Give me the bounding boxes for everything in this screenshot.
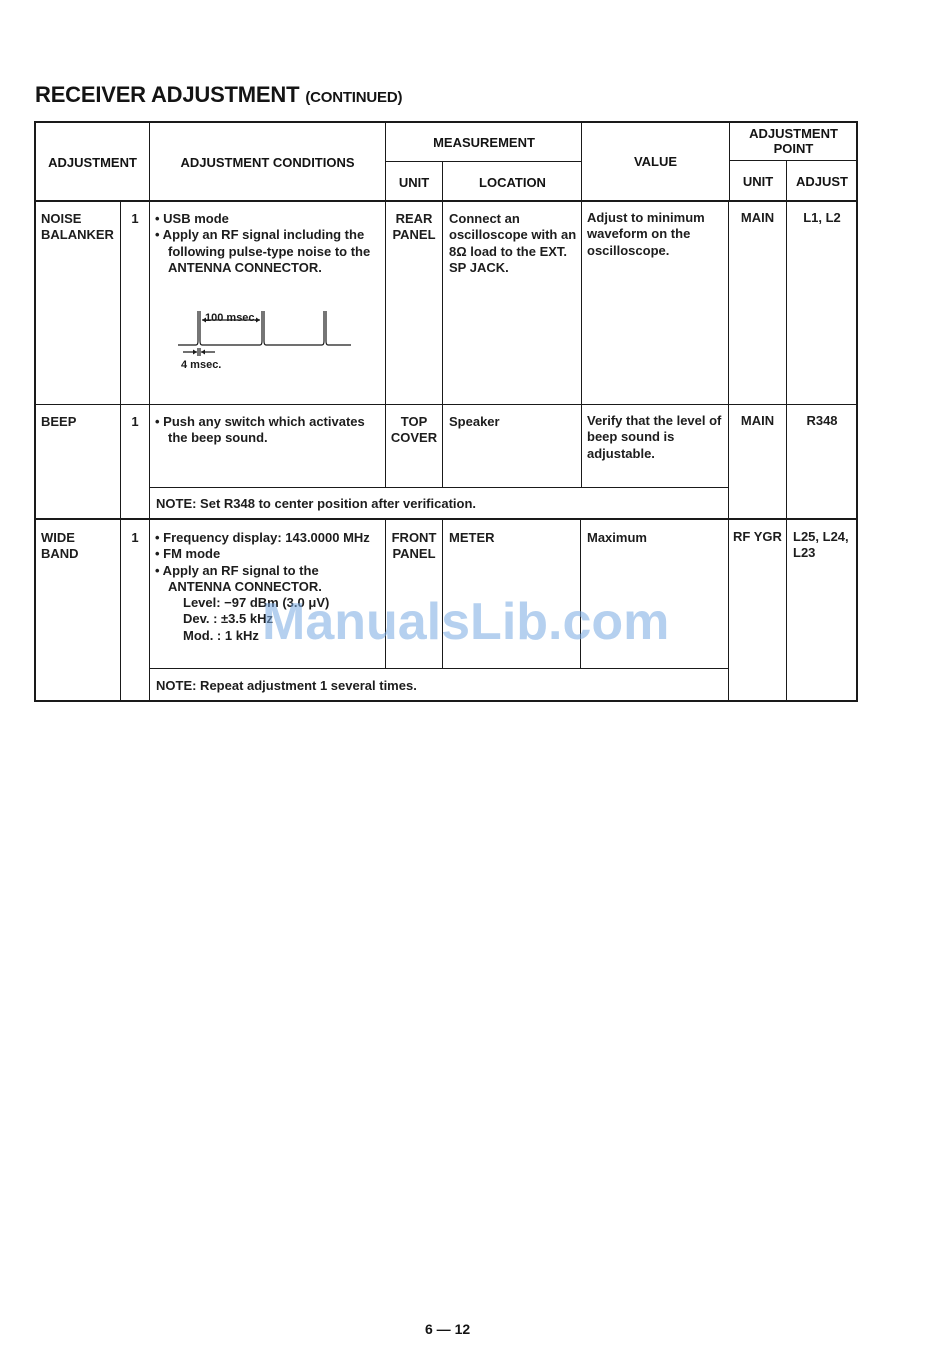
row-wide-band-conditions: • Frequency display: 143.0000 MHz • FM m…	[155, 530, 384, 644]
meas-unit-line1: TOP	[386, 414, 442, 430]
meas-unit-line2: PANEL	[386, 546, 442, 562]
divider	[786, 201, 787, 701]
row-wide-band-meas-unit: FRONT PANEL	[386, 530, 442, 563]
page-number: 6 — 12	[425, 1321, 470, 1337]
meas-unit-line1: FRONT	[386, 530, 442, 546]
row-beep-note: NOTE: Set R348 to center position after …	[156, 496, 726, 512]
name-line2: BALANKER	[41, 227, 119, 243]
divider	[385, 161, 582, 162]
row-wide-band-note: NOTE: Repeat adjustment 1 several times.	[156, 678, 726, 694]
row-beep-adj-unit: MAIN	[729, 413, 786, 429]
header-value: VALUE	[582, 154, 729, 169]
row-beep-step: 1	[121, 414, 149, 430]
divider	[149, 668, 729, 669]
title-suffix: (CONTINUED)	[305, 89, 402, 106]
header-adjustment-point-line2: POINT	[730, 141, 857, 156]
divider	[149, 201, 150, 701]
header-adjust: ADJUST	[787, 174, 857, 189]
divider	[34, 518, 858, 520]
row-beep-adjust: R348	[787, 413, 857, 429]
row-beep-conditions: • Push any switch which activates the be…	[155, 414, 383, 447]
row-noise-blanker-conditions: • USB mode • Apply an RF signal includin…	[155, 211, 383, 276]
row-wide-band-value: Maximum	[587, 530, 723, 546]
row-beep-meas-unit: TOP COVER	[386, 414, 442, 447]
interval-label: 100 msec.	[205, 312, 258, 324]
name-line1: NOISE	[41, 211, 119, 227]
divider	[581, 201, 582, 487]
row-noise-blanker-name: NOISE BALANKER	[41, 211, 119, 244]
pulse-noise-diagram: 100 msec. 4 msec.	[178, 305, 358, 375]
condition-item: • Apply an RF signal to the ANTENNA CONN…	[155, 563, 384, 596]
row-beep-location: Speaker	[449, 414, 577, 430]
row-noise-blanker-value: Adjust to minimum waveform on the oscill…	[587, 210, 725, 259]
divider	[442, 519, 443, 669]
row-wide-band-name: WIDE BAND	[41, 530, 119, 563]
row-noise-blanker-location: Connect an oscilloscope with an 8Ω load …	[449, 211, 577, 276]
header-meas-unit: UNIT	[386, 175, 442, 190]
table-border-top	[34, 121, 858, 123]
meas-unit-line2: COVER	[386, 430, 442, 446]
row-wide-band-location: METER	[449, 530, 577, 546]
signal-modulation: Mod. : 1 kHz	[155, 628, 384, 644]
signal-deviation: Dev. : ±3.5 kHz	[155, 611, 384, 627]
meas-unit-line1: REAR	[386, 211, 442, 227]
row-noise-blanker-step: 1	[121, 211, 149, 227]
name-line2: BAND	[41, 546, 119, 562]
condition-item: • FM mode	[155, 546, 384, 562]
row-noise-blanker-meas-unit: REAR PANEL	[386, 211, 442, 244]
meas-unit-line2: PANEL	[386, 227, 442, 243]
divider	[442, 201, 443, 487]
divider	[580, 519, 581, 669]
divider	[34, 200, 858, 202]
signal-level: Level: −97 dBm (3.0 μV)	[155, 595, 384, 611]
row-beep-value: Verify that the level of beep sound is a…	[587, 413, 723, 462]
header-location: LOCATION	[443, 175, 582, 190]
divider	[728, 201, 729, 701]
row-wide-band-step: 1	[121, 530, 149, 546]
row-beep-name: BEEP	[41, 414, 119, 430]
header-adjustment: ADJUSTMENT	[36, 155, 149, 170]
title-main: RECEIVER ADJUSTMENT	[35, 82, 299, 107]
condition-item: • USB mode	[155, 211, 383, 227]
row-noise-blanker-adj-unit: MAIN	[729, 210, 786, 226]
page-title: RECEIVER ADJUSTMENT(CONTINUED)	[35, 82, 402, 108]
header-measurement: MEASUREMENT	[386, 135, 582, 150]
header-adjustment-point-line1: ADJUSTMENT	[730, 126, 857, 141]
divider	[729, 160, 857, 161]
divider	[34, 404, 858, 405]
table-border-right	[856, 121, 858, 702]
table-border-bottom	[34, 700, 858, 702]
width-label: 4 msec.	[181, 359, 221, 371]
condition-item: • Push any switch which activates the be…	[155, 414, 383, 447]
header-adj-unit: UNIT	[730, 174, 786, 189]
condition-item: • Frequency display: 143.0000 MHz	[155, 530, 384, 546]
row-noise-blanker-adjust: L1, L2	[787, 210, 857, 226]
divider	[149, 487, 729, 488]
condition-item: • Apply an RF signal including the follo…	[155, 227, 383, 276]
divider	[120, 201, 121, 701]
table-border-left	[34, 121, 36, 702]
row-wide-band-adjust: L25, L24, L23	[793, 529, 855, 562]
header-conditions: ADJUSTMENT CONDITIONS	[150, 155, 385, 170]
row-wide-band-adj-unit: RF YGR	[729, 529, 786, 545]
header-adjustment-point: ADJUSTMENT POINT	[730, 126, 857, 156]
name-line1: WIDE	[41, 530, 119, 546]
